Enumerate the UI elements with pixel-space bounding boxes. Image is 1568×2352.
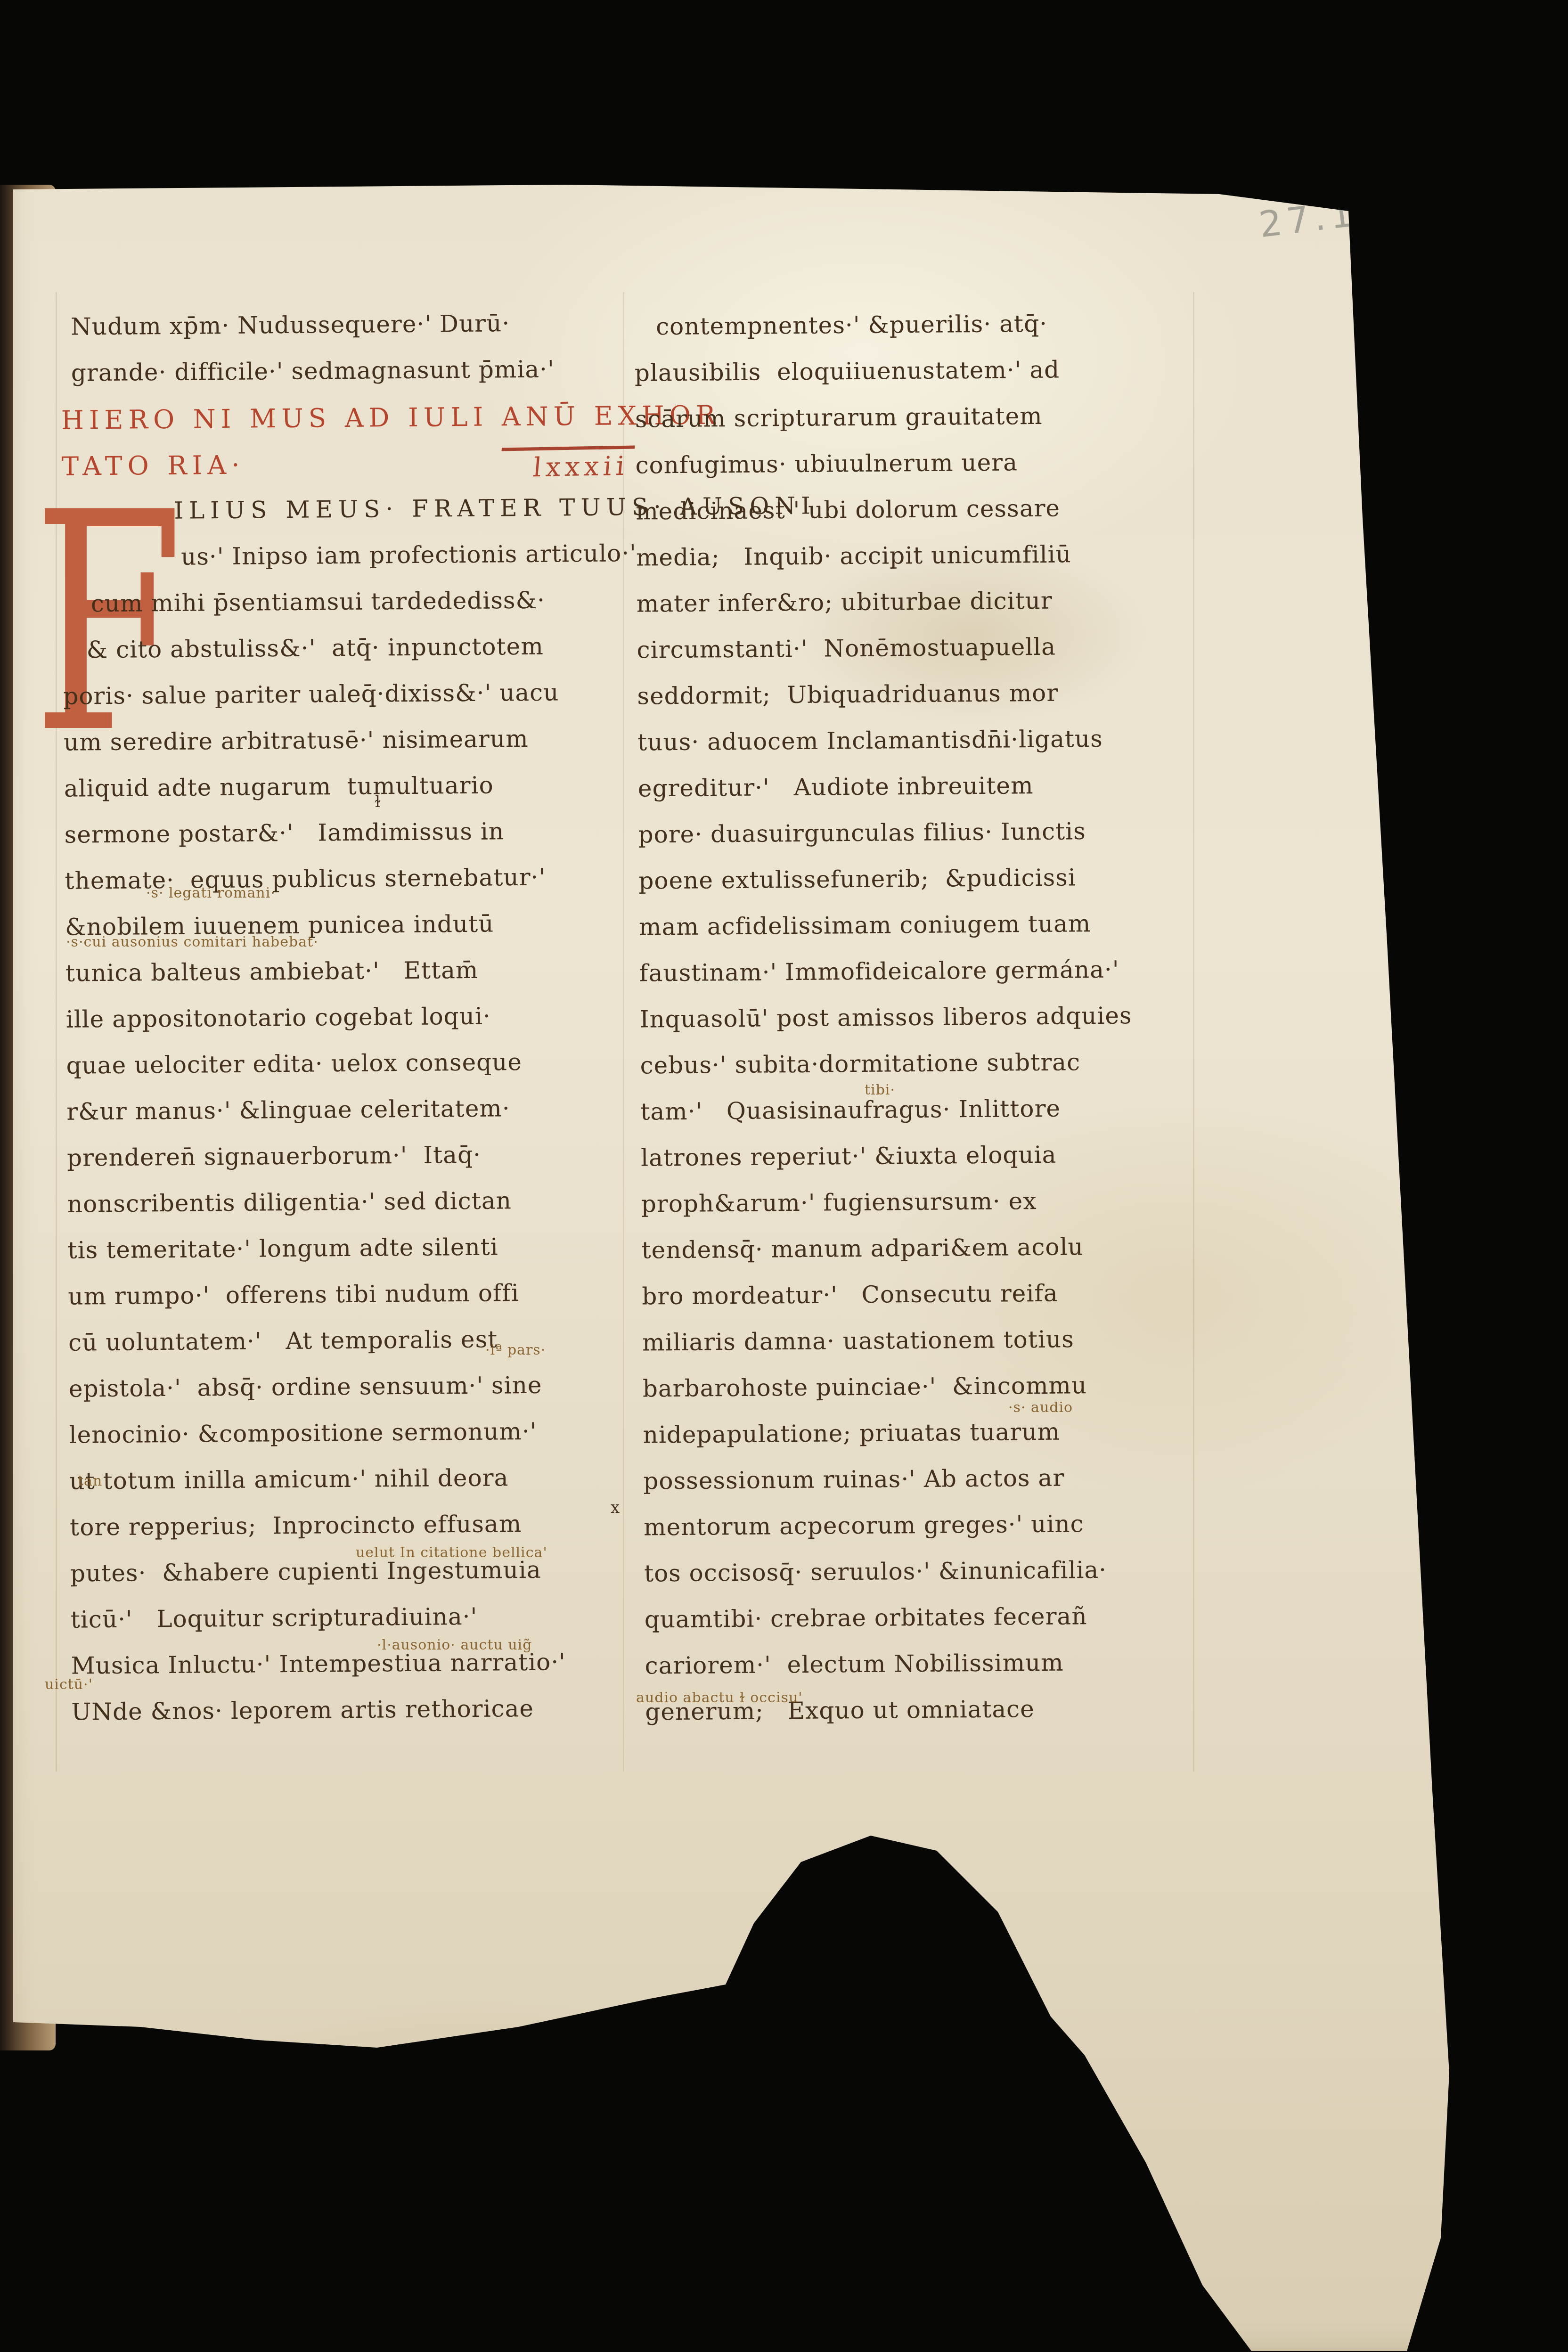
text-line: cebus·' subita·dormitatione subtrac [640,1050,1080,1077]
marginal-gloss: uictū·' [45,1676,93,1693]
interlinear-gloss: ·l·ausonio· auctu uig̃ [377,1637,532,1653]
text-line: quamtibi· crebrae orbitates fecerañ [645,1604,1087,1631]
text-line: lenocinio· &compositione sermonum·' [69,1420,537,1447]
pencil-folio-number: 27.1 [1257,192,1360,246]
interlinear-gloss: ·s·cui ausonius comitari habebat· [66,934,318,950]
text-line: pore· duasuirgunculas filius· Iunctis [638,819,1086,846]
text-line: plausibilis eloquiiuenustatem·' ad [635,358,1060,385]
text-line: grande· difficile·' sedmagnasunt p̄mia·' [71,357,555,384]
text-line: prenderen̄ signauerborum·' Itaq̄· [67,1143,481,1170]
text-line: cum mihi p̄sentiamsui tardedediss&· [91,588,546,616]
parchment-page: 27.1 F LXXXII Nudum xp̄m· Nudussequere·'… [0,0,1568,2352]
text-line: ut totum inilla amicum·' nihil deora [69,1466,508,1493]
text-line: epistola·' absq̄· ordine sensuum·' sine [69,1373,542,1401]
text-line: scārum scripturarum grauitatem [635,404,1043,431]
text-line: bro mordeatur·' Consecutu reifa [642,1282,1058,1308]
text-line: mater infer&ro; ubiturbae dicitur [637,589,1053,616]
text-line: medicinaest·' ubi dolorum cessare [636,497,1060,523]
text-line: nidepapulatione; priuatas tuarum [643,1420,1060,1447]
text-line: faustinam·' Immofideicalore germána·' [639,958,1119,985]
text-line: & cito abstuliss&·' atq̄· inpunctotem [86,635,543,662]
text-line: confugimus· ubiuulnerum uera [635,450,1018,477]
text-line: quae uelociter edita· uelox conseque [66,1050,522,1078]
text-line: barbarohoste puinciae·' &incommu [643,1373,1087,1400]
text-line: proph&arum·' fugiensursum· ex [641,1189,1037,1216]
text-line: Musica Inluctu·' Intempestiua narratio·' [71,1650,566,1677]
text-line: themate· equus publicus sternebatur·' [65,866,546,893]
interlinear-gloss: uelut In citatione bellica' [356,1544,547,1561]
text-line: tore repperius; Inprocincto effusam [70,1512,522,1539]
text-line: mentorum acpecorum greges·' uinc [644,1512,1084,1539]
interlinear-gloss: ɫ [375,792,381,811]
text-line: cū uoluntatem·' At temporalis est [68,1327,498,1354]
text-line: miliaris damna· uastationem totius [642,1327,1074,1354]
text-line: sermone postar&·' Iamdimissus in [64,819,504,846]
text-line: us·' Inipso iam profectionis articulo·' [181,541,637,569]
text-line: latrones reperiut·' &iuxta eloquia [641,1143,1057,1170]
text-line: mam acfidelissimam coniugem tuam [639,912,1091,939]
text-line: contempnentes·' &puerilis· atq̄· [656,312,1047,339]
interlinear-gloss: ·iª pars· [485,1342,546,1358]
text-line: putes· &habere cupienti Ingestumuia [70,1558,541,1585]
text-column-right: contempnentes·' &puerilis· atq̄· plausib… [634,310,1190,315]
text-line: media; Inquib· accipit unicumfiliū [636,542,1071,569]
text-line: ticū·' Loquitur scripturadiuina·' [71,1605,478,1632]
text-line: poris· salue pariter ualeq̄·dixiss&·' ua… [63,680,559,708]
text-line: poene extulissefunerib; &pudicissi [638,866,1076,892]
text-line: egreditur·' Audiote inbreuitem [638,774,1034,800]
manuscript-photograph: 27.1 F LXXXII Nudum xp̄m· Nudussequere·'… [0,0,1568,2352]
text-line: tam·' Quasisinaufragus· Inlittore [640,1097,1061,1124]
text-line: UNde &nos· leporem artis rethoricae [71,1697,534,1724]
text-line: r&ur manus·' &linguae celeritatem· [66,1096,510,1123]
text-line: Nudum xp̄m· Nudussequere·' Durū· [71,311,510,338]
text-line: tuus· aduocem Inclamantisdn̄i·ligatus [637,727,1103,754]
rubric-line-2: TATO RIA· [61,452,245,480]
text-line: tendensq̄· manum adpari&em acolu [641,1235,1083,1262]
column-ruling-line [1193,292,1194,1772]
interlinear-gloss: ·s· audio [1008,1399,1073,1416]
text-line: seddormit; Ubiquadriduanus mor [637,681,1058,708]
interlinear-gloss: tibi· [865,1082,895,1098]
text-line: cariorem·' electum Nobilissimum [645,1651,1063,1678]
text-line: ille appositonotario cogebat loqui· [66,1004,491,1031]
drop-cap-initial-F: F [33,500,184,748]
text-line: possessionum ruinas·' Ab actos ar [643,1466,1064,1493]
interlinear-gloss: audio abactu ɫ occisu' [636,1690,802,1706]
chapter-numeral: LXXXII [498,446,635,484]
text-line: tunica balteus ambiebat·' Ettam̄ [65,958,479,985]
text-line: circumstanti·' Nonēmostuapuella [637,635,1056,662]
text-line: Inquasolū' post amissos liberos adquies [640,1004,1132,1031]
text-line: aliquid adte nugarum tumultuario [64,774,494,800]
rubric-line-1: HIERO NI MUS AD IULI ANŪ EXHOR [61,402,721,433]
text-line: um rumpo·' offerens tibi nudum offi [68,1281,519,1308]
text-line: tis temeritate·' longum adte silenti [67,1235,498,1262]
marginal-gloss: tan [78,1473,102,1489]
text-line: tos occisosq̄· seruulos·' &inunicafilia· [644,1558,1107,1585]
text-column-left: Nudum xp̄m· Nudussequere·' Durū· grande·… [60,310,626,315]
text-line: nonscribentis diligentia·' sed dictan [67,1189,512,1216]
marginal-mark: x [611,1498,620,1517]
text-line: um seredire arbitratusē·' nisimearum [64,727,529,754]
interlinear-gloss: ·s· legati romani· [146,885,276,901]
